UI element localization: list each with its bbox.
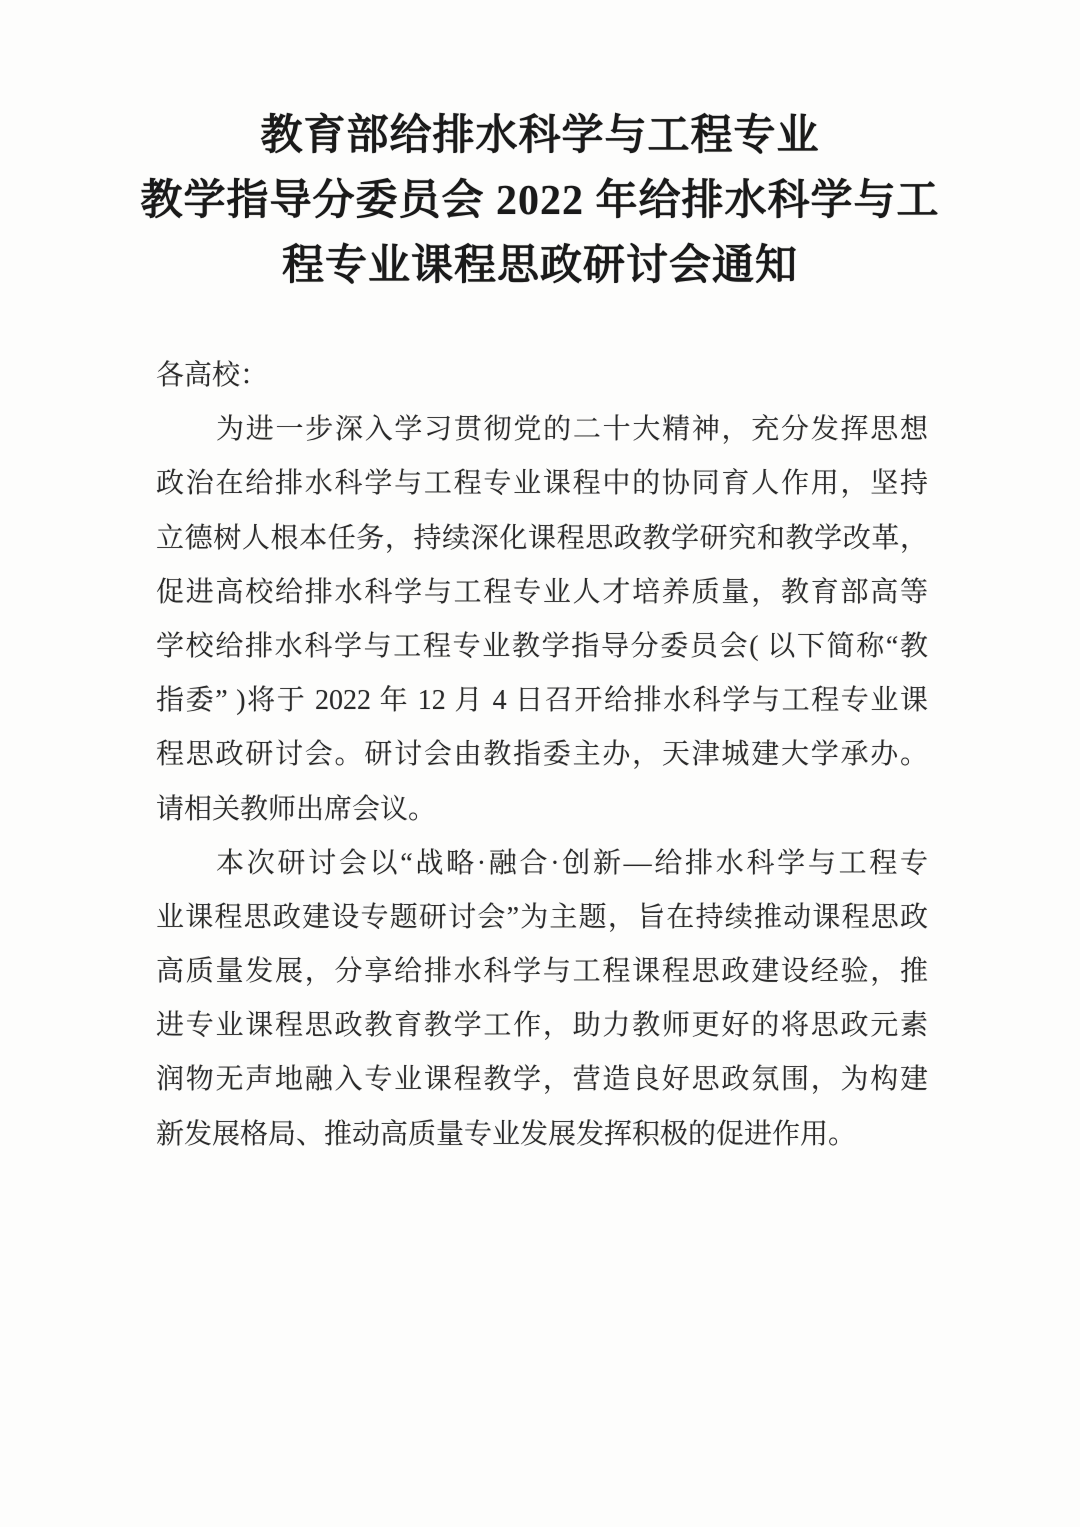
body-line: 请相关教师出席会议。 <box>156 783 928 837</box>
body-line: 新发展格局、推动高质量专业发展发挥积极的促进作用。 <box>156 1108 928 1162</box>
body-line: 政治在给排水科学与工程专业课程中的协同育人作用，坚持 <box>156 457 928 511</box>
body-line: 立德树人根本任务，持续深化课程思政教学研究和教学改革， <box>156 512 928 566</box>
body-line: 高质量发展，分享给排水科学与工程课程思政建设经验，推 <box>156 945 928 999</box>
title-line-1: 教育部给排水科学与工程专业 <box>80 104 1000 169</box>
body-line: 促进高校给排水科学与工程专业人才培养质量，教育部高等 <box>156 566 928 620</box>
document-body: 各高校： 为进一步深入学习贯彻党的二十大精神，充分发挥思想 政治在给排水科学与工… <box>156 349 928 1162</box>
document-title: 教育部给排水科学与工程专业 教学指导分委员会 2022 年给排水科学与工 程专业… <box>80 104 1000 299</box>
title-line-2: 教学指导分委员会 2022 年给排水科学与工 <box>80 169 1000 234</box>
body-line: 业课程思政建设专题研讨会”为主题，旨在持续推动课程思政 <box>156 891 928 945</box>
body-line: 程思政研讨会。研讨会由教指委主办，天津城建大学承办。 <box>156 728 928 782</box>
body-line: 学校给排水科学与工程专业教学指导分委员会( 以下简称“教 <box>156 620 928 674</box>
body-line: 进专业课程思政教育教学工作，助力教师更好的将思政元素 <box>156 999 928 1053</box>
body-line: 润物无声地融入专业课程教学，营造良好思政氛围，为构建 <box>156 1053 928 1107</box>
body-line: 本次研讨会以“战略·融合·创新—给排水科学与工程专 <box>156 837 928 891</box>
salutation: 各高校： <box>156 349 928 403</box>
scanned-notice-page: 教育部给排水科学与工程专业 教学指导分委员会 2022 年给排水科学与工 程专业… <box>0 0 1080 1527</box>
title-line-3: 程专业课程思政研讨会通知 <box>80 234 1000 299</box>
body-line: 为进一步深入学习贯彻党的二十大精神，充分发挥思想 <box>156 403 928 457</box>
body-line: 指委” )将于 2022 年 12 月 4 日召开给排水科学与工程专业课 <box>156 674 928 728</box>
